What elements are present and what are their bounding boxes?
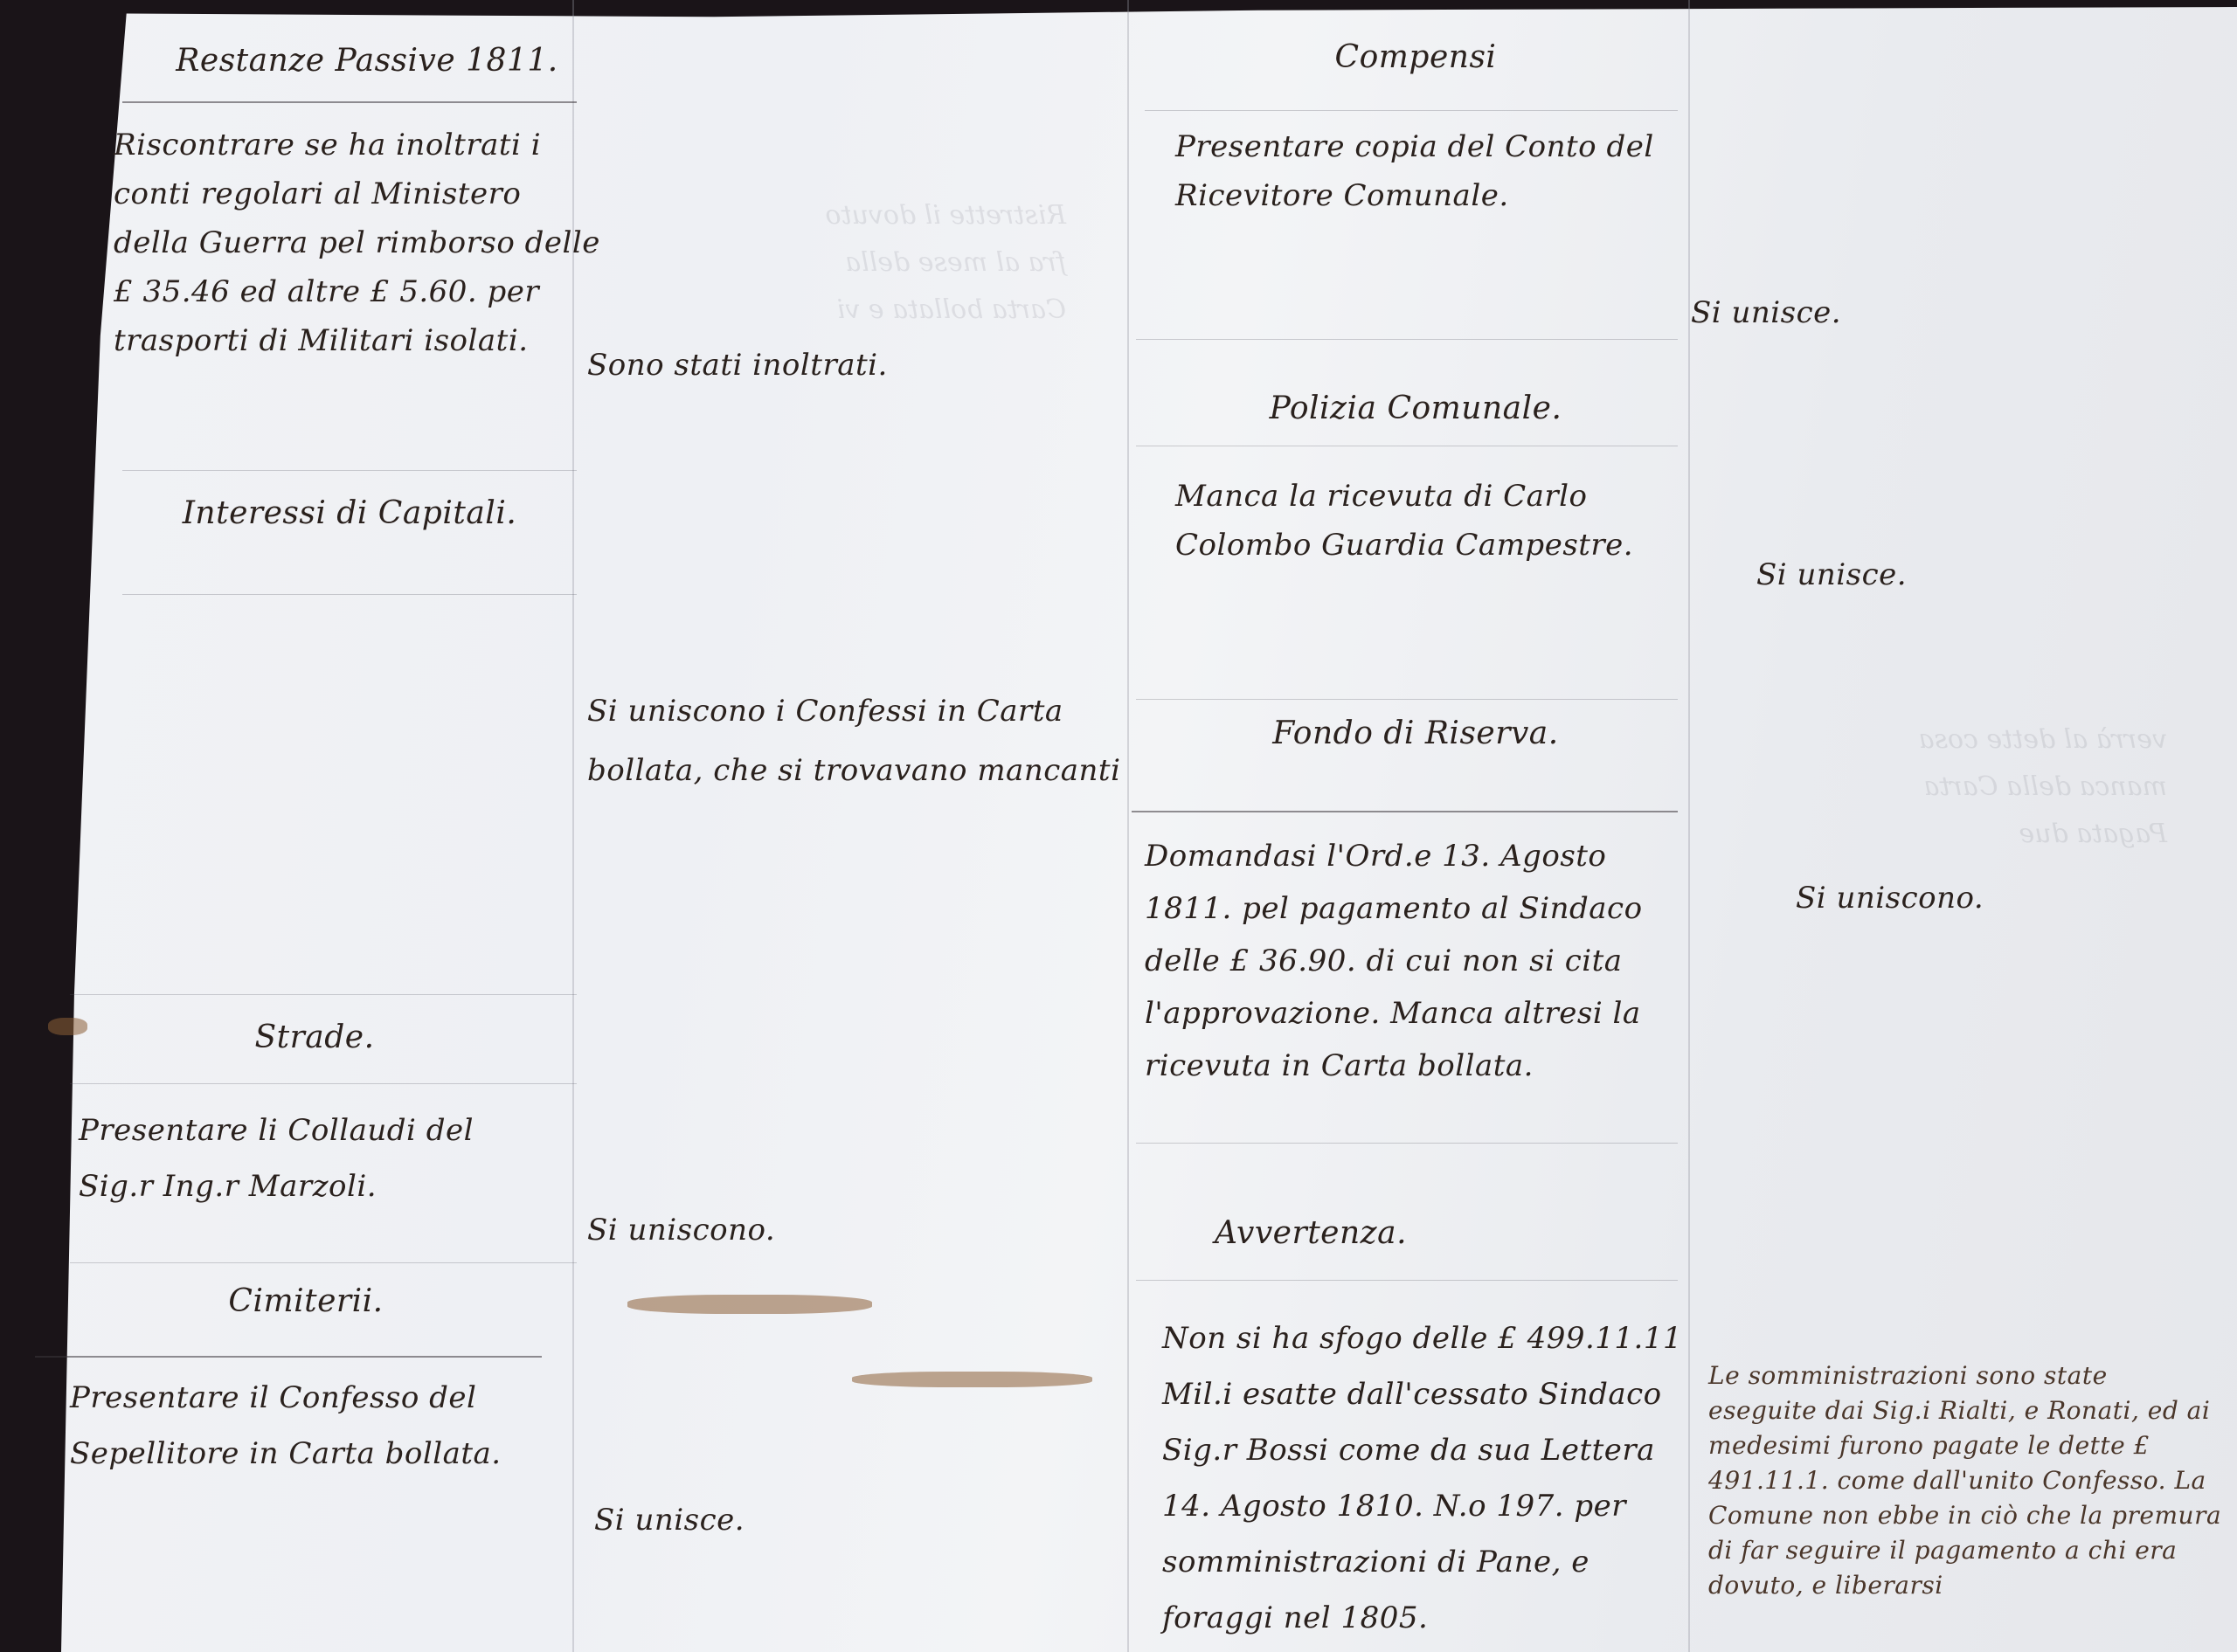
section-heading: Cimiterii.	[96, 1277, 516, 1326]
section-body: Non si ha sfogo delle £ 499.11.11 Mil.i …	[1162, 1310, 1686, 1646]
section-body: Domandasi l'Ord.e 13. Agosto 1811. pel p…	[1145, 830, 1678, 1092]
divider	[1145, 110, 1678, 111]
column-fold-2	[1127, 0, 1129, 1652]
response-text: Si unisce.	[1756, 550, 2106, 599]
divider	[122, 594, 577, 595]
section-heading: Interessi di Capitali.	[140, 489, 559, 538]
section-heading: Restanze Passive 1811.	[157, 37, 577, 86]
section-body: Manca la ricevuta di Carlo Colombo Guard…	[1175, 472, 1673, 570]
divider	[70, 1262, 577, 1263]
section-heading: Polizia Comunale.	[1162, 384, 1669, 433]
section-heading: Avvertenza.	[1136, 1209, 1486, 1258]
response-text: Si uniscono.	[1796, 874, 2145, 923]
section-body: Riscontrare se ha inoltrati i conti rego…	[114, 121, 603, 365]
response-text: Si uniscono i Confessi in Carta bollata,…	[587, 681, 1146, 800]
section-body: Presentare il Confesso del Sepellitore i…	[70, 1370, 559, 1482]
divider	[1136, 339, 1678, 340]
divider	[1136, 446, 1678, 446]
bleed-through-text: verrà al dette cosa manca della Carta Pa…	[1713, 716, 2167, 858]
divider	[35, 1356, 542, 1358]
section-heading: Strade.	[105, 1013, 524, 1062]
response-text: Le somministrazioni sono state eseguite …	[1708, 1358, 2224, 1603]
divider	[1136, 699, 1678, 700]
divider	[70, 1083, 577, 1084]
response-text: Si unisce.	[594, 1496, 944, 1545]
section-heading: Fondo di Riserva.	[1162, 709, 1669, 758]
section-body: Presentare copia del Conto del Ricevitor…	[1175, 122, 1673, 220]
response-text: Sono stati inoltrati.	[587, 341, 1077, 390]
section-heading: Compensi	[1162, 33, 1669, 82]
divider	[122, 470, 577, 471]
response-text: Si unisce.	[1691, 288, 2040, 337]
ink-stain	[48, 1018, 87, 1035]
section-body: Presentare li Collaudi del Sig.r Ing.r M…	[79, 1102, 551, 1214]
divider	[1132, 811, 1678, 812]
ink-stain	[627, 1295, 872, 1314]
divider	[1136, 1143, 1678, 1144]
divider	[1136, 1280, 1678, 1281]
response-text: Si uniscono.	[587, 1206, 937, 1255]
column-fold-3	[1688, 0, 1690, 1652]
divider	[122, 101, 577, 103]
bleed-through-text: Ristrette il dovuto fra al mese della Ca…	[629, 192, 1066, 334]
divider	[70, 994, 577, 995]
ink-stain	[852, 1372, 1092, 1387]
